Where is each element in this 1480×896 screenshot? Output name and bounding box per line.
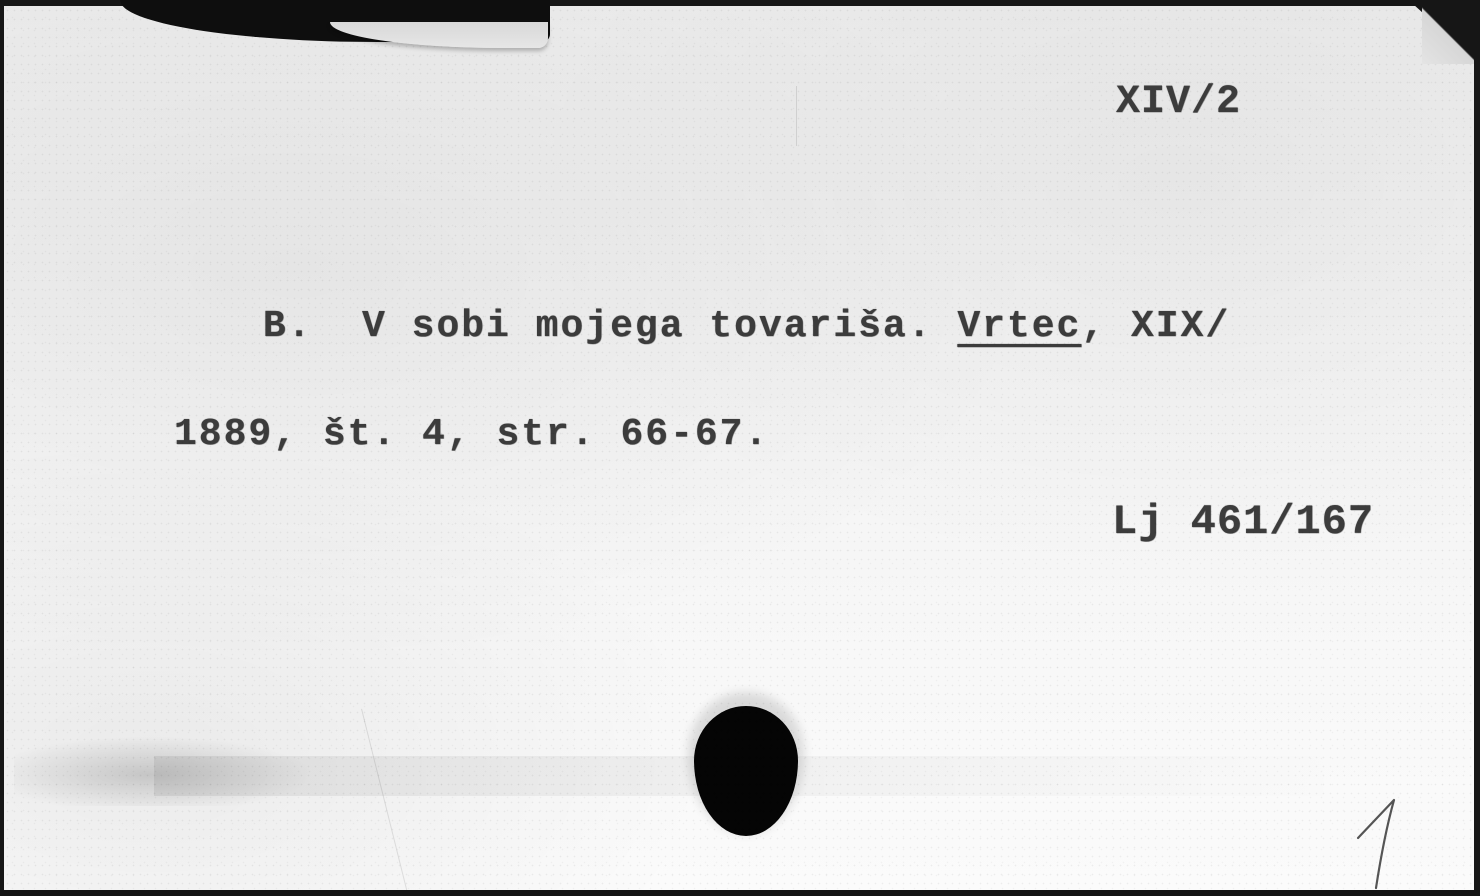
paper-stain [14,736,314,806]
scan-edge-bottom [0,890,1480,896]
handwritten-card-number: 1 [1354,796,1404,892]
punch-hole [694,706,798,836]
journal-name: Vrtec [957,305,1081,348]
call-number: Lj 461/167 [1112,498,1374,546]
scan-edge-right [1474,60,1480,896]
entry-volume: , XIX/ [1081,305,1230,348]
entry-publication-details: 1889, št. 4, str. 66-67. [114,408,1230,462]
handwritten-number-text: 1 [1404,796,1405,797]
folded-corner [1422,6,1474,64]
scanned-catalog-card: XIV/2 B. V sobi mojega tovariša. Vrtec, … [0,0,1480,896]
paper-crease [361,709,408,894]
paper-crease [796,86,797,146]
handwritten-one-glyph [1354,796,1404,892]
shelf-mark: XIV/2 [1116,80,1241,125]
card-paper: XIV/2 B. V sobi mojega tovariša. Vrtec, … [4,6,1474,892]
entry-title: B. V sobi mojega tovariša. [263,305,958,348]
bibliographic-entry: B. V sobi mojega tovariša. Vrtec, XIX/ 1… [114,246,1230,570]
